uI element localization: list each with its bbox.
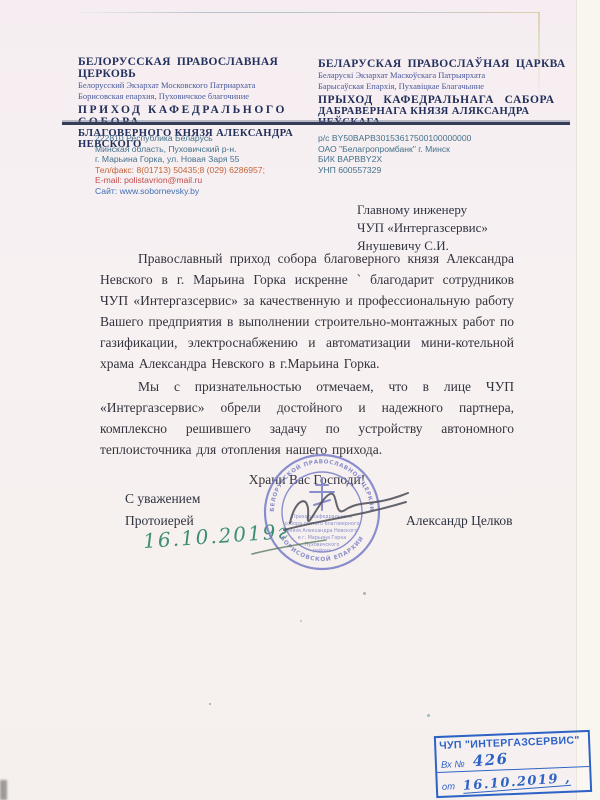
church-title-ru: БЕЛОРУССКАЯ ПРАВОСЛАВНАЯ ЦЕРКОВЬ [78,56,316,80]
recipient-company: ЧУП «Интергазсервис» [357,219,557,237]
exarchate-line-by: Беларускі Экзархат Маскоўскага Патрыярха… [318,70,570,81]
scan-corner-shadow [0,780,7,800]
received-stamp-date-row: от 16.10.2019 , [437,767,590,796]
body-paragraph-1: Православный приход собора благоверного … [100,248,514,374]
recipient-block: Главному инженеру ЧУП «Интергазсервис» Я… [357,201,557,255]
letterhead-belarusian: БЕЛАРУСКАЯ ПРАВОСЛАЎНАЯ ЦАРКВА Беларускі… [318,58,570,128]
region-line: Минская область, Пуховичский р-н. [95,144,315,155]
bic-line: БИК BAPBBY2X [318,154,558,165]
incoming-number-handwritten: 426 [472,750,509,771]
recipient-position: Главному инженеру [357,201,557,219]
email-line: E-mail: polistavrion@mail.ru [95,175,315,186]
exarchate-line-ru: Белорусский Экзархат Московского Патриар… [78,80,316,91]
bank-details-block: р/с BY50BAPB30153617500100000000 ОАО "Бе… [318,133,558,175]
account-line: р/с BY50BAPB30153617500100000000 [318,133,558,144]
bank-line: ОАО "Белагропромбанк" г. Минск [318,144,558,155]
eparchy-line-ru: Борисовская епархия, Пуховичское благочи… [78,91,316,102]
eparchy-line-by: Барысаўская Епархія, Пухавіцкае Благачын… [318,81,570,92]
scan-speck [209,703,211,705]
scan-edge-top-line [70,12,540,13]
scanned-letter-page: БЕЛОРУССКАЯ ПРАВОСЛАВНАЯ ЦЕРКОВЬ Белорус… [0,0,600,800]
unp-line: УНП 600557329 [318,165,558,176]
postal-code-line: 222810 Республика Беларусь [95,133,315,144]
scan-speck [427,714,430,717]
phone-line: Тел/факс: 8(01713) 50435;8 (029) 6286957… [95,165,315,176]
contact-block: 222810 Республика Беларусь Минская облас… [95,133,315,197]
letterhead-divider [62,122,570,125]
scan-speck [363,592,366,595]
street-line: г. Марьина Горка, ул. Новая Заря 55 [95,154,315,165]
incoming-number-label: Вх № [441,759,465,771]
date-label: от [442,781,456,793]
pen-flourish [252,540,326,554]
parish-line1-by: ПРЫХОД КАФЕДРАЛЬНАГА САБОРА [318,94,570,106]
signature-salutation: С уважением [125,491,200,507]
incoming-date-handwritten: 16.10.2019 , [463,772,572,794]
received-stamp: ЧУП "ИНТЕРГАЗСЕРВИС" Вх № 426 от 16.10.2… [434,730,592,798]
scan-edge-right-band [576,0,600,800]
scan-speck [300,620,302,622]
handwritten-signature [248,468,438,578]
website-line: Сайт: www.sobornevsky.by [95,186,315,197]
church-title-by: БЕЛАРУСКАЯ ПРАВОСЛАЎНАЯ ЦАРКВА [318,58,570,70]
